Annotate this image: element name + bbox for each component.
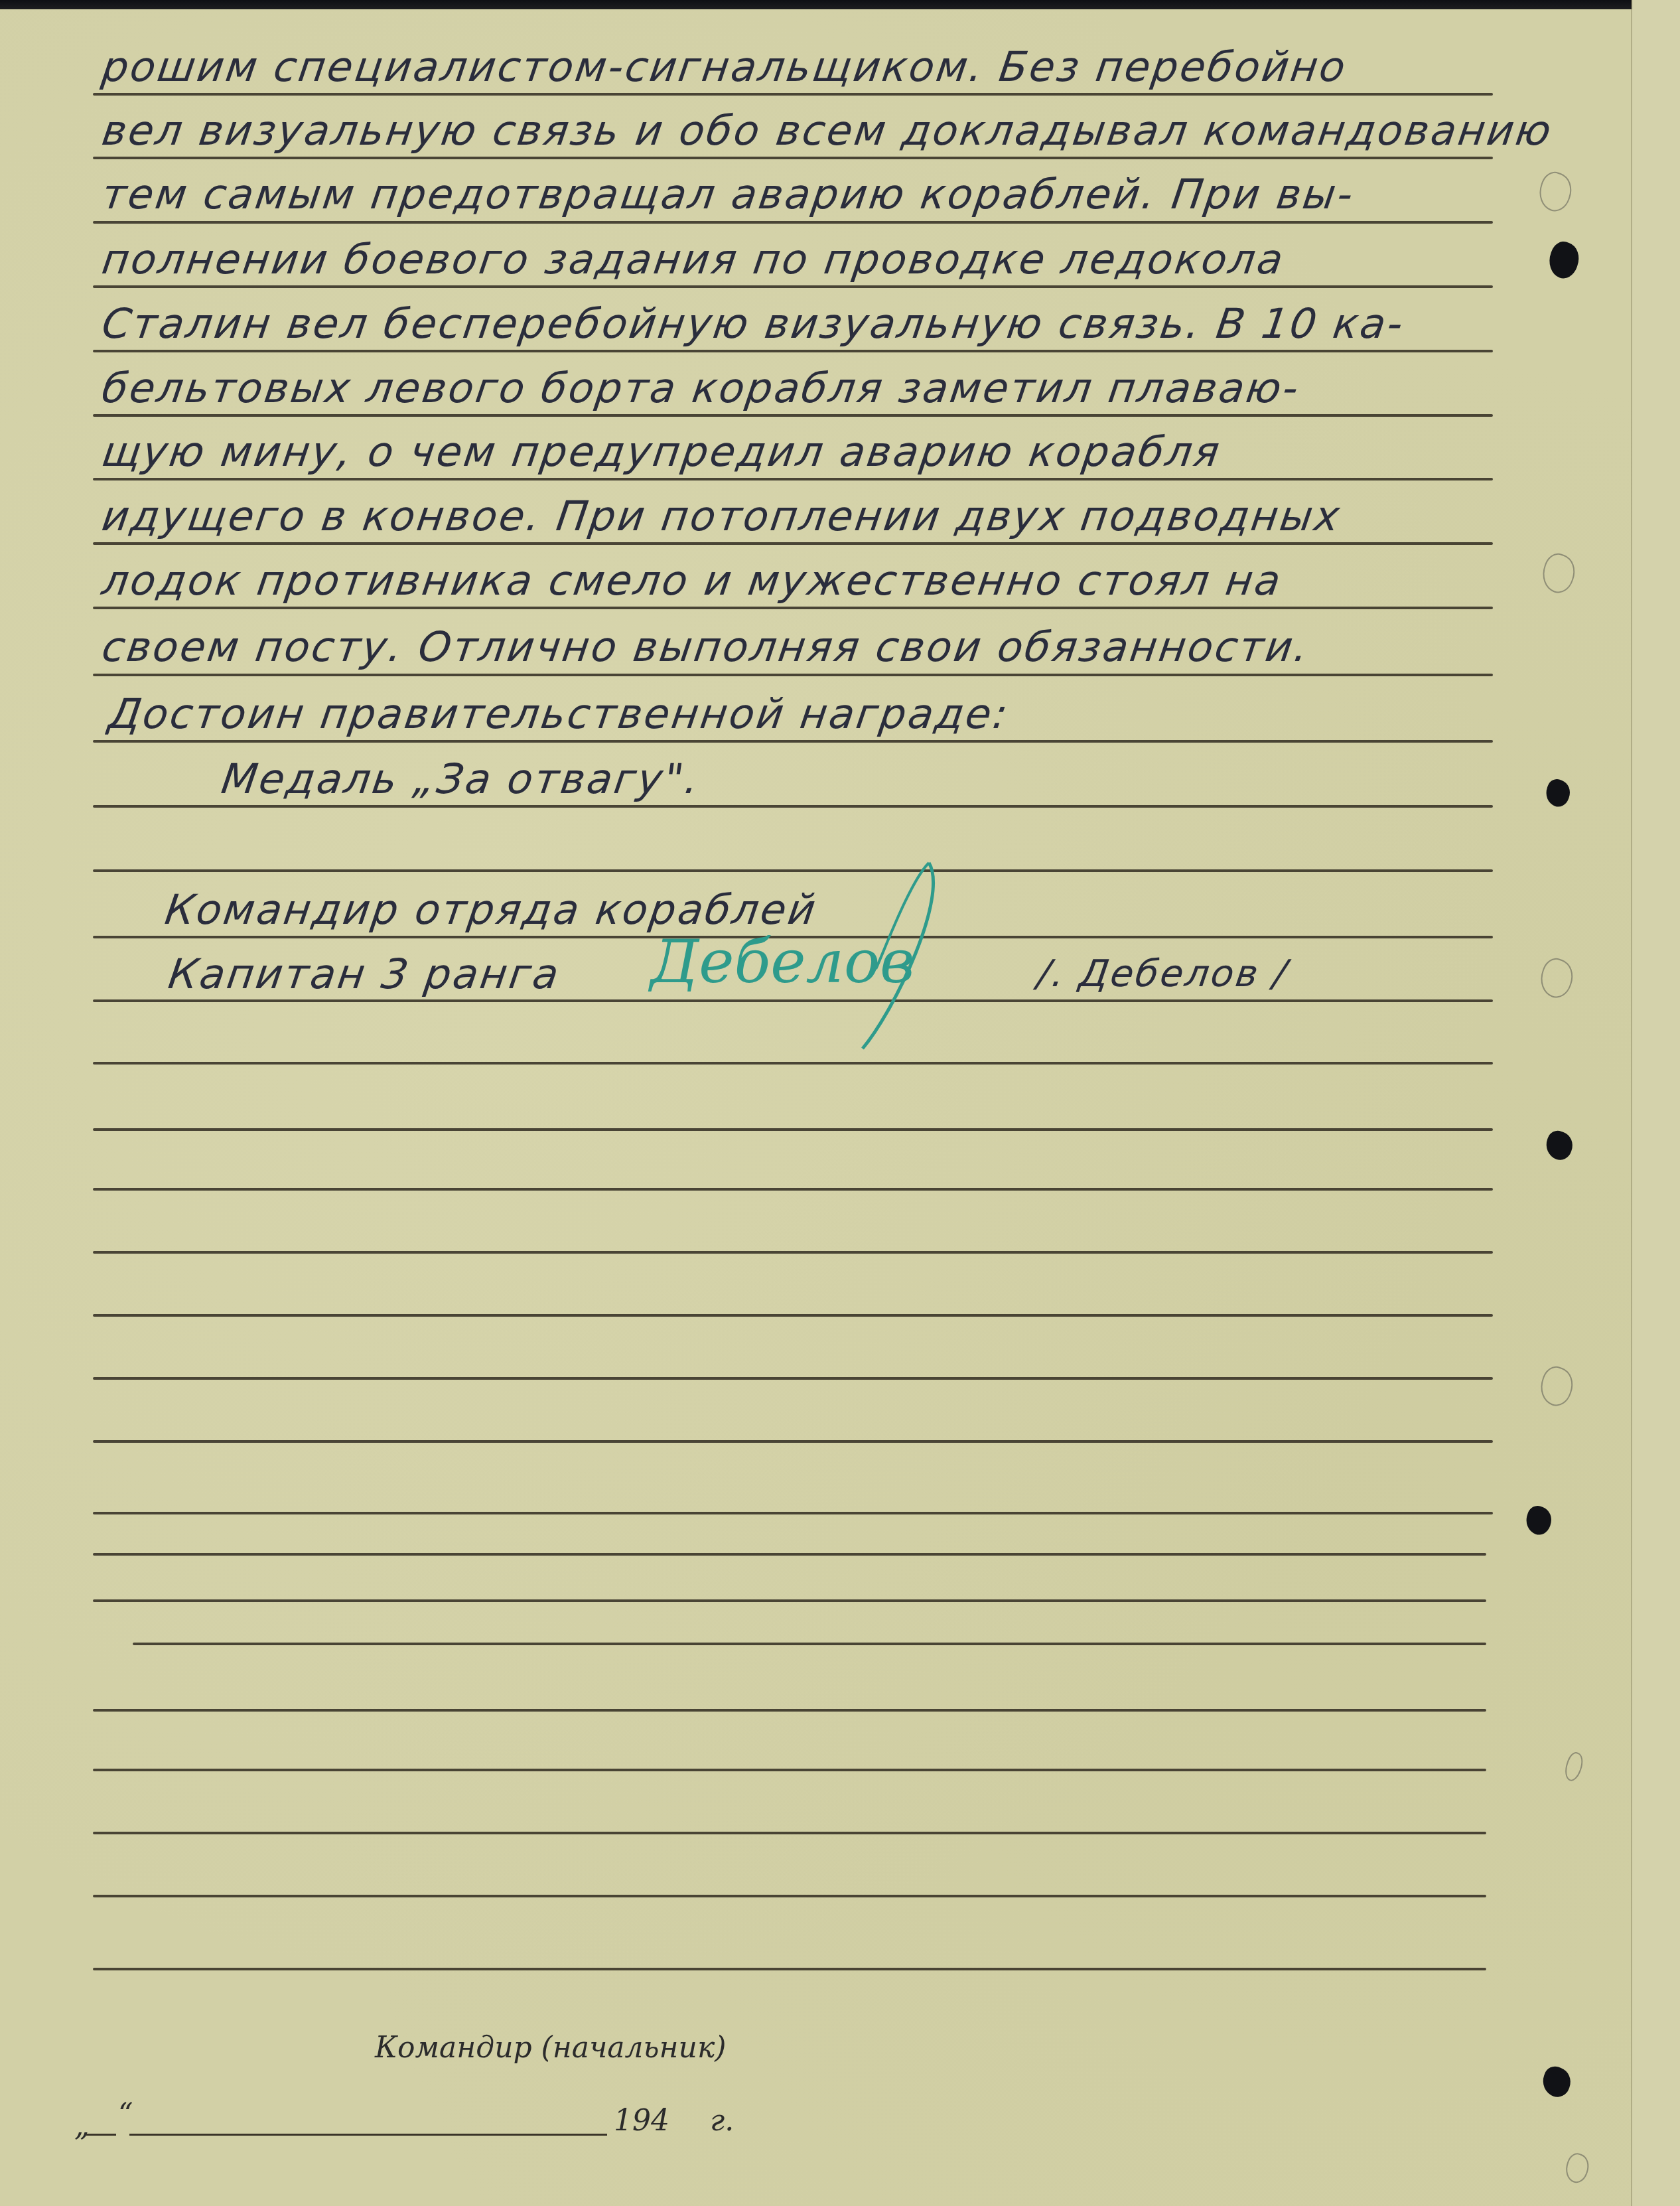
date-day-blank — [86, 2134, 116, 2136]
binding-hole-icon — [1561, 1750, 1586, 1783]
citation-line-2: вел визуальную связь и обо всем докладыв… — [100, 110, 1555, 151]
binding-hole-icon — [1542, 776, 1574, 810]
award-recommendation: Достоин правительственной награде: — [106, 694, 1012, 735]
ruled-line — [93, 414, 1493, 417]
signer-rank: Капитан 3 ранга — [166, 954, 563, 995]
scan-top-edge — [0, 0, 1680, 9]
date-month-blank — [129, 2134, 607, 2136]
document-page: рошим специалистом-сигнальщиком. Без пер… — [0, 0, 1680, 2206]
ruled-line — [93, 285, 1493, 288]
ruled-line — [93, 1895, 1486, 1897]
ruled-line — [93, 1062, 1493, 1065]
signer-name: /. Дебелов / — [1035, 956, 1291, 993]
citation-line-4: полнении боевого задания по проводке лед… — [100, 239, 1287, 280]
citation-line-6: бельтовых левого борта корабля заметил п… — [100, 368, 1302, 409]
binding-hole-icon — [1562, 2151, 1593, 2186]
signer-position: Командир отряда кораблей — [163, 889, 819, 930]
binding-hole-icon — [1522, 1503, 1555, 1538]
ruled-line — [93, 157, 1493, 159]
citation-line-10: своем посту. Отлично выполняя свои обяза… — [100, 626, 1312, 668]
ruled-line — [133, 1643, 1486, 1645]
binding-hole-icon — [1544, 238, 1584, 282]
ruled-line — [93, 1968, 1486, 1970]
ruled-line — [93, 1251, 1493, 1254]
ruled-line — [93, 1128, 1493, 1131]
binding-hole-icon — [1534, 169, 1577, 216]
citation-line-1: рошим специалистом-сигнальщиком. Без пер… — [100, 46, 1350, 88]
ruled-line — [93, 869, 1493, 872]
ruled-line — [93, 1832, 1486, 1834]
citation-line-7: щую мину, о чем предупредил аварию кораб… — [100, 431, 1224, 473]
date-year: 194 — [614, 2104, 669, 2138]
date-year-suffix: г. — [710, 2104, 734, 2138]
ruled-line — [93, 674, 1493, 676]
signature-flourish-icon — [796, 856, 995, 1055]
ruled-line — [93, 1314, 1493, 1317]
ruled-line — [93, 1440, 1493, 1443]
citation-line-9: лодок противника смело и мужественно сто… — [100, 560, 1285, 601]
ruled-line — [93, 350, 1493, 352]
citation-line-8: идущего в конвое. При потоплении двух по… — [100, 496, 1344, 537]
date-open-quote: „ — [74, 2109, 90, 2143]
ruled-line — [93, 1769, 1486, 1771]
ruled-line — [93, 740, 1493, 743]
ruled-line — [93, 1599, 1486, 1602]
citation-line-3: тем самым предотвращал аварию кораблей. … — [100, 174, 1358, 215]
binding-margin — [1632, 0, 1680, 2206]
ruled-line — [93, 221, 1493, 224]
binding-hole-icon — [1539, 2063, 1575, 2100]
binding-hole-icon — [1535, 1363, 1578, 1410]
ruled-line — [93, 1709, 1486, 1712]
award-name: Медаль „За отвагу". — [219, 759, 703, 800]
ruled-line — [93, 478, 1493, 480]
binding-hole-icon — [1535, 955, 1578, 1002]
binding-hole-icon — [1537, 550, 1580, 597]
ruled-line — [93, 1553, 1486, 1556]
footer-title: Командир (начальник) — [375, 2031, 726, 2065]
ruled-line — [93, 999, 1493, 1002]
binding-hole-icon — [1542, 1128, 1576, 1163]
ruled-line — [93, 1377, 1493, 1380]
ruled-line — [93, 607, 1493, 609]
ruled-line — [93, 805, 1493, 808]
date-close-quote: “ — [118, 2097, 133, 2131]
ruled-line — [93, 1512, 1493, 1514]
citation-line-5: Сталин вел бесперебойную визуальную связ… — [100, 303, 1407, 344]
ruled-line — [93, 542, 1493, 545]
ruled-line — [93, 93, 1493, 96]
ruled-line — [93, 1188, 1493, 1191]
